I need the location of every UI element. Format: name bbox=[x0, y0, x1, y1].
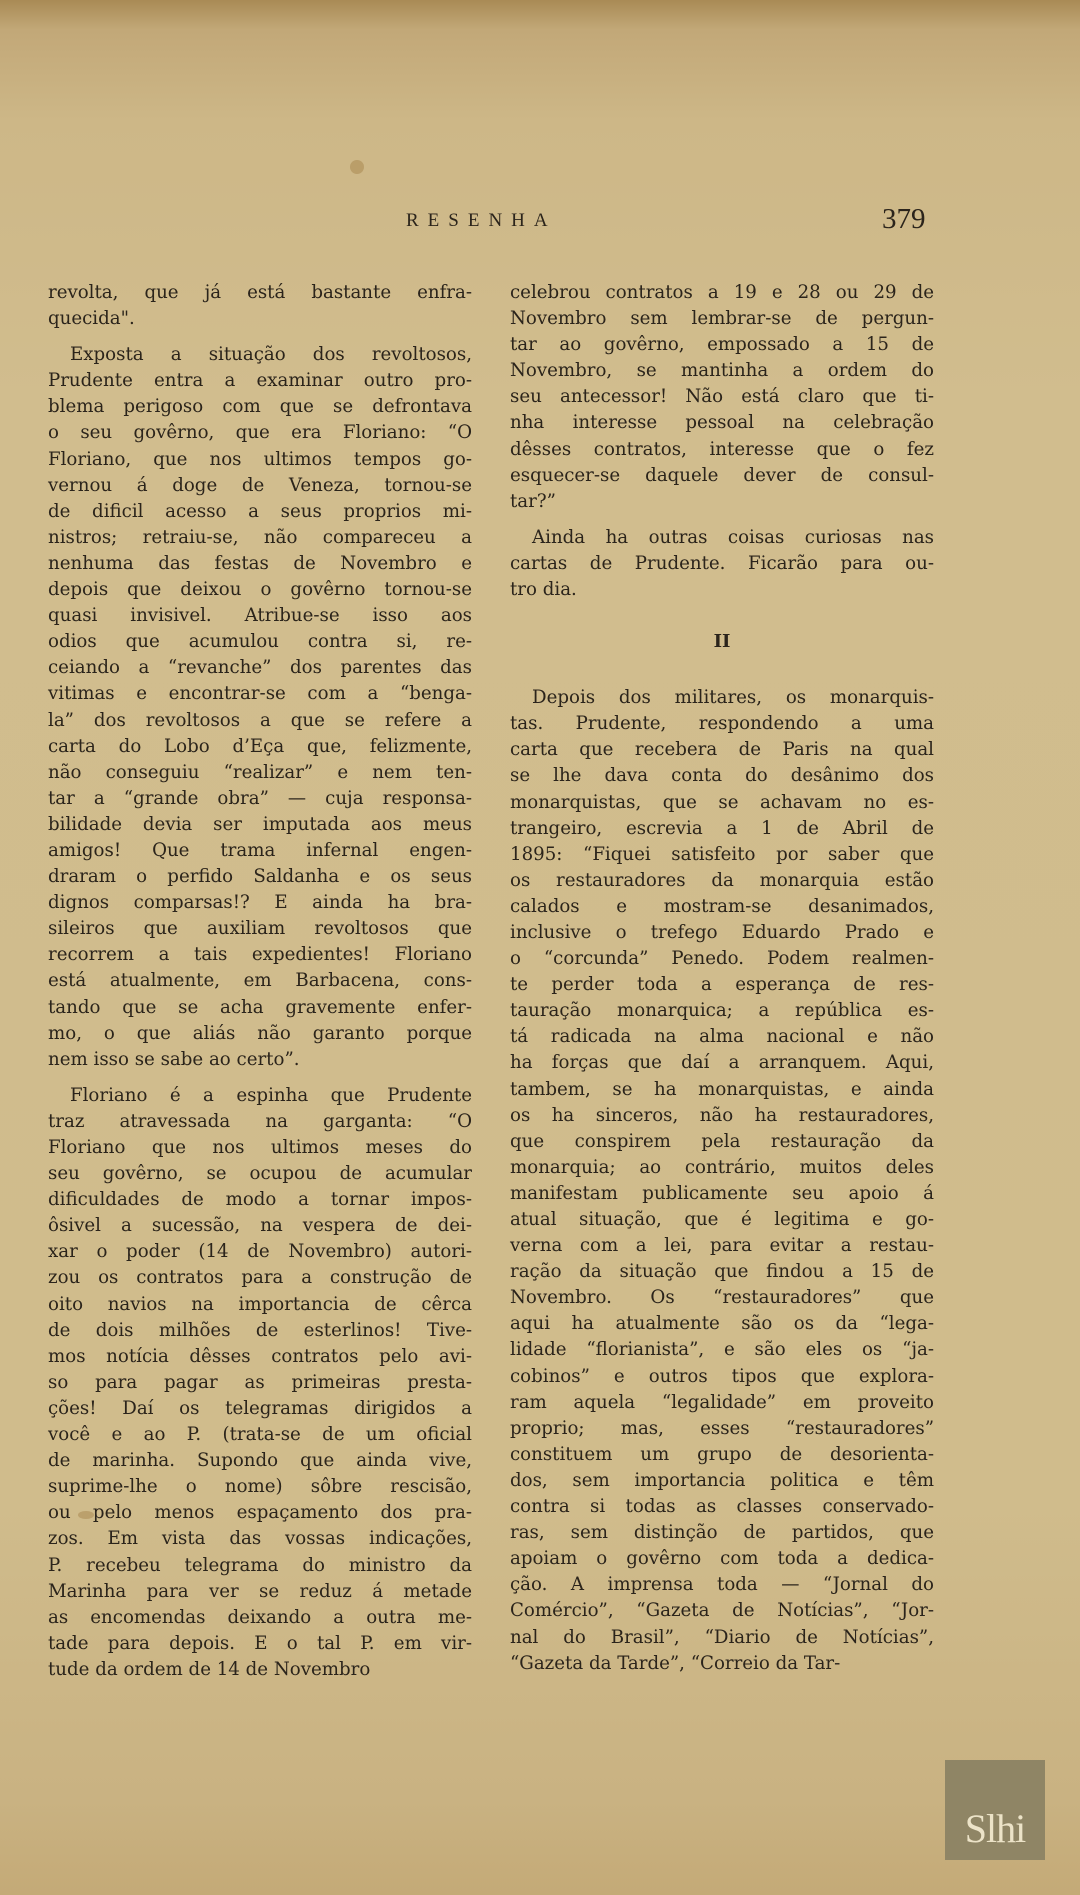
text-line: 1895: “Fiquei satisfeito por saber que bbox=[510, 842, 934, 868]
text-line: Novembro, se mantinha a ordem do bbox=[510, 358, 934, 384]
text-line: atual situação, que é legitima e go- bbox=[510, 1207, 934, 1233]
text-line: Novembro sem lembrar-se de pergun- bbox=[510, 306, 934, 332]
paper-stain bbox=[350, 160, 364, 174]
text-line: Marinha para ver se reduz á metade bbox=[48, 1579, 472, 1605]
text-line: dignos comparsas!? E ainda ha bra- bbox=[48, 890, 472, 916]
text-line: dos, sem importancia politica e têm bbox=[510, 1468, 934, 1494]
text-line: ção. A imprensa toda — “Jornal do bbox=[510, 1572, 934, 1598]
text-line: nal do Brasil”, “Diario de Notícias”, bbox=[510, 1625, 934, 1651]
text-line: está atualmente, em Barbacena, cons- bbox=[48, 968, 472, 994]
page-number: 379 bbox=[882, 203, 926, 236]
page-header: RESENHA 379 bbox=[0, 206, 1080, 240]
text-line: o “corcunda” Penedo. Podem realmen- bbox=[510, 946, 934, 972]
text-line: o seu govêrno, que era Floriano: “O bbox=[48, 420, 472, 446]
text-line: trangeiro, escrevia a 1 de Abril de bbox=[510, 816, 934, 842]
text-line: proprio; mas, esses “restauradores” bbox=[510, 1416, 934, 1442]
text-line: inclusive o trefego Eduardo Prado e bbox=[510, 920, 934, 946]
text-line: Depois dos militares, os monarquis- bbox=[510, 685, 934, 711]
text-line: tar ao govêrno, empossado a 15 de bbox=[510, 332, 934, 358]
text-line: quecida". bbox=[48, 306, 472, 332]
text-line: amigos! Que trama infernal engen- bbox=[48, 838, 472, 864]
running-title: RESENHA bbox=[406, 210, 557, 232]
text-line: se lhe dava conta do desânimo dos bbox=[510, 763, 934, 789]
text-line: os ha sinceros, não ha restauradores, bbox=[510, 1103, 934, 1129]
paragraph-gap bbox=[48, 1073, 472, 1083]
text-line: tá radicada na alma nacional e não bbox=[510, 1024, 934, 1050]
text-line: esquecer-se daquele dever de consul- bbox=[510, 463, 934, 489]
text-line: nem isso se sabe ao certo”. bbox=[48, 1047, 472, 1073]
text-line: depois que deixou o govêrno tornou-se bbox=[48, 577, 472, 603]
text-line: ou pelo menos espaçamento dos pra- bbox=[48, 1500, 472, 1526]
text-line: sileiros que auxiliam revoltosos que bbox=[48, 916, 472, 942]
text-line: seu govêrno, se ocupou de acumular bbox=[48, 1161, 472, 1187]
text-line: Novembro. Os “restauradores” que bbox=[510, 1285, 934, 1311]
text-line: de dificil acesso a seus proprios mi- bbox=[48, 499, 472, 525]
text-line: tar a “grande obra” — cuja responsa- bbox=[48, 786, 472, 812]
text-line: nistros; retraiu-se, não compareceu a bbox=[48, 525, 472, 551]
text-line: calados e mostram-se desanimados, bbox=[510, 894, 934, 920]
text-line: tade para depois. E o tal P. em vir- bbox=[48, 1631, 472, 1657]
text-line: mo, o que aliás não garanto porque bbox=[48, 1021, 472, 1047]
text-line: Floriano, que nos ultimos tempos go- bbox=[48, 447, 472, 473]
text-line: blema perigoso com que se defrontava bbox=[48, 394, 472, 420]
text-line: as encomendas deixando a outra me- bbox=[48, 1605, 472, 1631]
text-line: nha interesse pessoal na celebração bbox=[510, 410, 934, 436]
text-line: cartas de Prudente. Ficarão para ou- bbox=[510, 551, 934, 577]
text-line: os restauradores da monarquia estão bbox=[510, 868, 934, 894]
text-line: ções! Daí os telegramas dirigidos a bbox=[48, 1396, 472, 1422]
text-line: dêsses contratos, interesse que o fez bbox=[510, 437, 934, 463]
text-line: você e ao P. (trata-se de um oficial bbox=[48, 1422, 472, 1448]
text-line: carta que recebera de Paris na qual bbox=[510, 737, 934, 763]
text-line: zou os contratos para a construção de bbox=[48, 1265, 472, 1291]
text-line: Floriano é a espinha que Prudente bbox=[48, 1083, 472, 1109]
text-line: lidade “florianista”, e são eles os “ja- bbox=[510, 1337, 934, 1363]
text-line: Ainda ha outras coisas curiosas nas bbox=[510, 525, 934, 551]
text-line: que conspirem pela restauração da bbox=[510, 1129, 934, 1155]
text-line: la” dos revoltosos a que se refere a bbox=[48, 708, 472, 734]
text-line: bilidade devia ser imputada aos meus bbox=[48, 812, 472, 838]
text-line: aqui ha atualmente são os da “lega- bbox=[510, 1311, 934, 1337]
text-line: monarquistas, que se achavam no es- bbox=[510, 790, 934, 816]
text-line: te perder toda a esperança de res- bbox=[510, 972, 934, 998]
text-line: celebrou contratos a 19 e 28 ou 29 de bbox=[510, 280, 934, 306]
text-line: oito navios na importancia de cêrca bbox=[48, 1292, 472, 1318]
section-numeral: II bbox=[510, 629, 934, 655]
text-line: draram o perfido Saldanha e os seus bbox=[48, 864, 472, 890]
text-line: tambem, se ha monarquistas, e ainda bbox=[510, 1077, 934, 1103]
section-ii-body: Depois dos militares, os monarquis-tas. … bbox=[510, 685, 934, 1677]
text-line: cobinos” e outros tipos que explora- bbox=[510, 1364, 934, 1390]
text-line: manifestam publicamente seu apoio á bbox=[510, 1181, 934, 1207]
watermark-text: Slhi bbox=[965, 1805, 1025, 1852]
text-line: apoiam o govêrno com toda a dedica- bbox=[510, 1546, 934, 1572]
text-line: de marinha. Supondo que ainda vive, bbox=[48, 1448, 472, 1474]
text-line: ram aquela “legalidade” em proveito bbox=[510, 1390, 934, 1416]
text-line: traz atravessada na garganta: “O bbox=[48, 1109, 472, 1135]
text-line: tude da ordem de 14 de Novembro bbox=[48, 1657, 472, 1683]
text-line: ceiando a “revanche” dos parentes das bbox=[48, 655, 472, 681]
text-line: não conseguiu “realizar” e nem ten- bbox=[48, 760, 472, 786]
text-line: zos. Em vista das vossas indicações, bbox=[48, 1526, 472, 1552]
text-line: seu antecessor! Não está claro que ti- bbox=[510, 384, 934, 410]
text-line: recorrem a tais expedientes! Floriano bbox=[48, 942, 472, 968]
text-line: tauração monarquica; a república es- bbox=[510, 998, 934, 1024]
text-line: ha forças que daí a arranquem. Aqui, bbox=[510, 1050, 934, 1076]
text-line: carta do Lobo d’Eça que, felizmente, bbox=[48, 734, 472, 760]
text-line: tar?” bbox=[510, 489, 934, 515]
text-line: dificuldades de modo a tornar impos- bbox=[48, 1187, 472, 1213]
text-line: mos notícia dêsses contratos pelo avi- bbox=[48, 1344, 472, 1370]
text-line: monarquia; ao contrário, muitos deles bbox=[510, 1155, 934, 1181]
text-line: contra si todas as classes conservado- bbox=[510, 1494, 934, 1520]
watermark-logo: Slhi bbox=[945, 1760, 1045, 1860]
text-line: so para pagar as primeiras presta- bbox=[48, 1370, 472, 1396]
text-line: tro dia. bbox=[510, 577, 934, 603]
text-line: Floriano que nos ultimos meses do bbox=[48, 1135, 472, 1161]
text-line: Comércio”, “Gazeta de Notícias”, “Jor- bbox=[510, 1598, 934, 1624]
text-line: ras, sem distinção de partidos, que bbox=[510, 1520, 934, 1546]
text-line: ôsivel a sucessão, na vespera de dei- bbox=[48, 1213, 472, 1239]
text-line: suprime-lhe o nome) sôbre rescisão, bbox=[48, 1474, 472, 1500]
text-line: “Gazeta da Tarde”, “Correio da Tar- bbox=[510, 1651, 934, 1677]
text-line: tas. Prudente, respondendo a uma bbox=[510, 711, 934, 737]
text-line: xar o poder (14 de Novembro) autori- bbox=[48, 1239, 472, 1265]
left-column: revolta, que já está bastante enfra-quec… bbox=[48, 280, 472, 1683]
text-line: verna com a lei, para evitar a restau- bbox=[510, 1233, 934, 1259]
text-line: nenhuma das festas de Novembro e bbox=[48, 551, 472, 577]
text-line: vernou á doge de Veneza, tornou-se bbox=[48, 473, 472, 499]
text-line: P. recebeu telegrama do ministro da bbox=[48, 1553, 472, 1579]
right-column: celebrou contratos a 19 e 28 ou 29 deNov… bbox=[510, 280, 934, 1677]
text-line: constituem um grupo de desorienta- bbox=[510, 1442, 934, 1468]
text-line: Exposta a situação dos revoltosos, bbox=[48, 342, 472, 368]
paragraph-gap bbox=[48, 332, 472, 342]
text-line: Prudente entra a examinar outro pro- bbox=[48, 368, 472, 394]
text-line: quasi invisivel. Atribue-se isso aos bbox=[48, 603, 472, 629]
text-line: revolta, que já está bastante enfra- bbox=[48, 280, 472, 306]
paragraph-gap bbox=[510, 515, 934, 525]
text-line: ração da situação que findou a 15 de bbox=[510, 1259, 934, 1285]
text-line: vitimas e encontrar-se com a “benga- bbox=[48, 681, 472, 707]
text-line: odios que acumulou contra si, re- bbox=[48, 629, 472, 655]
text-line: tando que se acha gravemente enfer- bbox=[48, 995, 472, 1021]
text-line: de dois milhões de esterlinos! Tive- bbox=[48, 1318, 472, 1344]
